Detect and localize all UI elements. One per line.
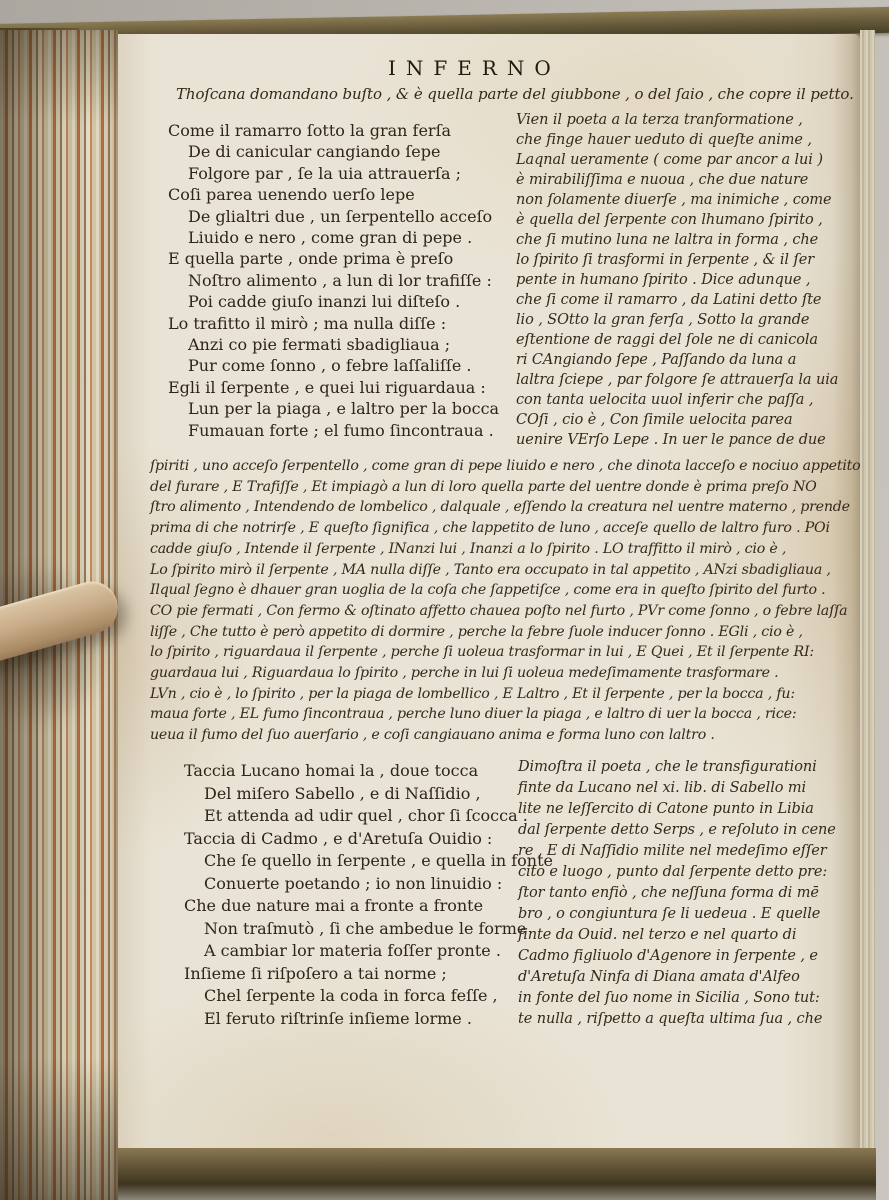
commentary-line: Dimoſtra il poeta , che le transfigurati…	[518, 757, 836, 778]
verse-line: Et attenda ad udir quel , chor ſi ſcocca…	[184, 805, 553, 828]
verse-line: Poi cadde giuſo inanzi lui diſteſo .	[168, 291, 499, 312]
verse-line: De di canicular cangiando ſepe	[168, 141, 499, 162]
commentary-line: prima di che notrirſe , E queſto ſignifi…	[150, 518, 861, 539]
commentary-line: con tanta uelocita uuol inferir che paſſ…	[516, 390, 838, 410]
commentary-line: è quella del ſerpente con lhumano ſpirit…	[516, 210, 838, 230]
commentary-line: laltra ſciepe , par folgore ſe attrauerſ…	[516, 370, 838, 390]
book-photo: INFERNO Thoſcana domandano buſto , & è q…	[0, 0, 889, 1200]
running-title: INFERNO	[388, 56, 561, 80]
commentary-line: COſi , cio è , Con ſimile uelocita parea	[516, 410, 838, 430]
commentary-line: Vien il poeta a la terza tranformatione …	[516, 110, 838, 130]
verse-line: A cambiar lor materia foſſer pronte .	[184, 940, 553, 963]
commentary-line: te nulla , riſpetto a queſta ultima ſua …	[518, 1009, 836, 1030]
verse-line: Inſieme ſi riſpoſero a tai norme ;	[184, 963, 553, 986]
commentary-line: è mirabiliſſima e nuoua , che due nature	[516, 170, 838, 190]
verse-line: Noſtro alimento , a lun di lor trafiſſe …	[168, 270, 499, 291]
facing-page-edge	[860, 30, 875, 1170]
commentary-line: finte da Ouid. nel terzo e nel quarto di	[518, 925, 836, 946]
commentary-line: Cadmo figliuolo d'Agenore in ſerpente , …	[518, 946, 836, 967]
verse-line: De glialtri due , un ſerpentello acceſo	[168, 206, 499, 227]
commentary-line: guardaua lui , Riguardaua lo ſpirito , p…	[150, 663, 861, 684]
commentary-block-middle: ſpiriti , uno acceſo ſerpentello , come …	[150, 456, 861, 746]
commentary-line: re , E di Naſſidio milite nel medeſimo e…	[518, 841, 836, 862]
commentary-column-upper: Vien il poeta a la terza tranformatione …	[516, 110, 838, 450]
verse-line: Conuerte poetando ; io non linuidio :	[184, 873, 553, 896]
commentary-line: lo ſpirito , riguardaua il ſerpente , pe…	[150, 642, 861, 663]
verse-line: Lo trafitto il mirò ; ma nulla diſſe :	[168, 313, 499, 334]
commentary-line: lo ſpirito ſi trasformi in ſerpente , & …	[516, 250, 838, 270]
commentary-line: cito e luogo , punto dal ſerpente detto …	[518, 862, 836, 883]
commentary-line: Lo ſpirito mirò il ſerpente , MA nulla d…	[150, 560, 861, 581]
commentary-line: ſtor tanto enfiò , che neſſuna forma di …	[518, 883, 836, 904]
gloss-intro-line: Thoſcana domandano buſto , & è quella pa…	[176, 85, 854, 103]
commentary-line: Laqnal ueramente ( come par ancor a lui …	[516, 150, 838, 170]
verse-line: El feruto riſtrinſe inſieme lorme .	[184, 1008, 553, 1031]
verse-line: E quella parte , onde prima è preſo	[168, 248, 499, 269]
commentary-line: che ſi mutino luna ne laltra in forma , …	[516, 230, 838, 250]
commentary-line: lite ne leſſercito di Catone punto in Li…	[518, 799, 836, 820]
commentary-line: ri CAngiando ſepe , Paſſando da luna a	[516, 350, 838, 370]
commentary-line: cadde giuſo , Intende il ſerpente , INan…	[150, 539, 861, 560]
verse-column-upper: Come il ramarro ſotto la gran ferſaDe di…	[168, 120, 499, 441]
verse-column-lower: Taccia Lucano homai la , doue toccaDel m…	[184, 760, 553, 1030]
commentary-line: uenire VErſo Lepe . In uer le pance de d…	[516, 430, 838, 450]
verse-line: Folgore par , ſe la uia attrauerſa ;	[168, 163, 499, 184]
commentary-line: Ilqual ſegno è dhauer gran uoglia de la …	[150, 580, 861, 601]
verse-line: Pur come ſonno , o febre laſſaliſſe .	[168, 355, 499, 376]
commentary-line: che finge hauer ueduto di queſte anime ,	[516, 130, 838, 150]
verse-line: Taccia di Cadmo , e d'Aretuſa Ouidio :	[184, 828, 553, 851]
verse-line: Taccia Lucano homai la , doue tocca	[184, 760, 553, 783]
commentary-line: liſſe , Che tutto è però appetito di dor…	[150, 622, 861, 643]
verse-line: Che ſe quello in ſerpente , e quella in …	[184, 850, 553, 873]
verse-line: Non traſmutò , ſi che ambedue le forme	[184, 918, 553, 941]
commentary-line: d'Aretuſa Ninfa di Diana amata d'Alfeo	[518, 967, 836, 988]
commentary-line: bro , o congiuntura ſe li uedeua . E que…	[518, 904, 836, 925]
commentary-line: pente in humano ſpirito . Dice adunque ,	[516, 270, 838, 290]
commentary-line: finte da Lucano nel xi. lib. di Sabello …	[518, 778, 836, 799]
verse-line: Fumauan forte ; el fumo ſincontraua .	[168, 420, 499, 441]
verse-line: Lun per la piaga , e laltro per la bocca	[168, 398, 499, 419]
verse-line: Del miſero Sabello , e di Naſſidio ,	[184, 783, 553, 806]
commentary-line: ueua il fumo del ſuo auerſario , e coſi …	[150, 725, 861, 746]
verse-line: Come il ramarro ſotto la gran ferſa	[168, 120, 499, 141]
commentary-line: ſtro alimento , Intendendo de lombelico …	[150, 497, 861, 518]
commentary-line: non ſolamente diuerſe , ma inimiche , co…	[516, 190, 838, 210]
verse-line: Anzi co pie fermati sbadigliaua ;	[168, 334, 499, 355]
verse-line: Che due nature mai a fronte a fronte	[184, 895, 553, 918]
book-bottom-edge	[0, 1148, 876, 1200]
verse-line: Chel ſerpente la coda in forca feſſe ,	[184, 985, 553, 1008]
commentary-line: maua forte , EL fumo ſincontraua , perch…	[150, 704, 861, 725]
commentary-line: dal ſerpente detto Serps , e reſoluto in…	[518, 820, 836, 841]
commentary-line: del furare , E Trafiſſe , Et impiagò a l…	[150, 477, 861, 498]
commentary-line: ſpiriti , uno acceſo ſerpentello , come …	[150, 456, 861, 477]
verse-line: Liuido e nero , come gran di pepe .	[168, 227, 499, 248]
verse-line: Coſi parea uenendo uerſo lepe	[168, 184, 499, 205]
commentary-column-lower: Dimoſtra il poeta , che le transfigurati…	[518, 757, 836, 1030]
commentary-line: che ſi come il ramarro , da Latini detto…	[516, 290, 838, 310]
commentary-line: eſtentione de raggi del ſole ne di canic…	[516, 330, 838, 350]
commentary-line: lio , SOtto la gran ferſa , Sotto la gra…	[516, 310, 838, 330]
commentary-line: in fonte del ſuo nome in Sicilia , Sono …	[518, 988, 836, 1009]
commentary-line: CO pie fermati , Con fermo & oſtinato af…	[150, 601, 861, 622]
commentary-line: LVn , cio è , lo ſpirito , per la piaga …	[150, 684, 861, 705]
verse-line: Egli il ſerpente , e quei lui riguardaua…	[168, 377, 499, 398]
